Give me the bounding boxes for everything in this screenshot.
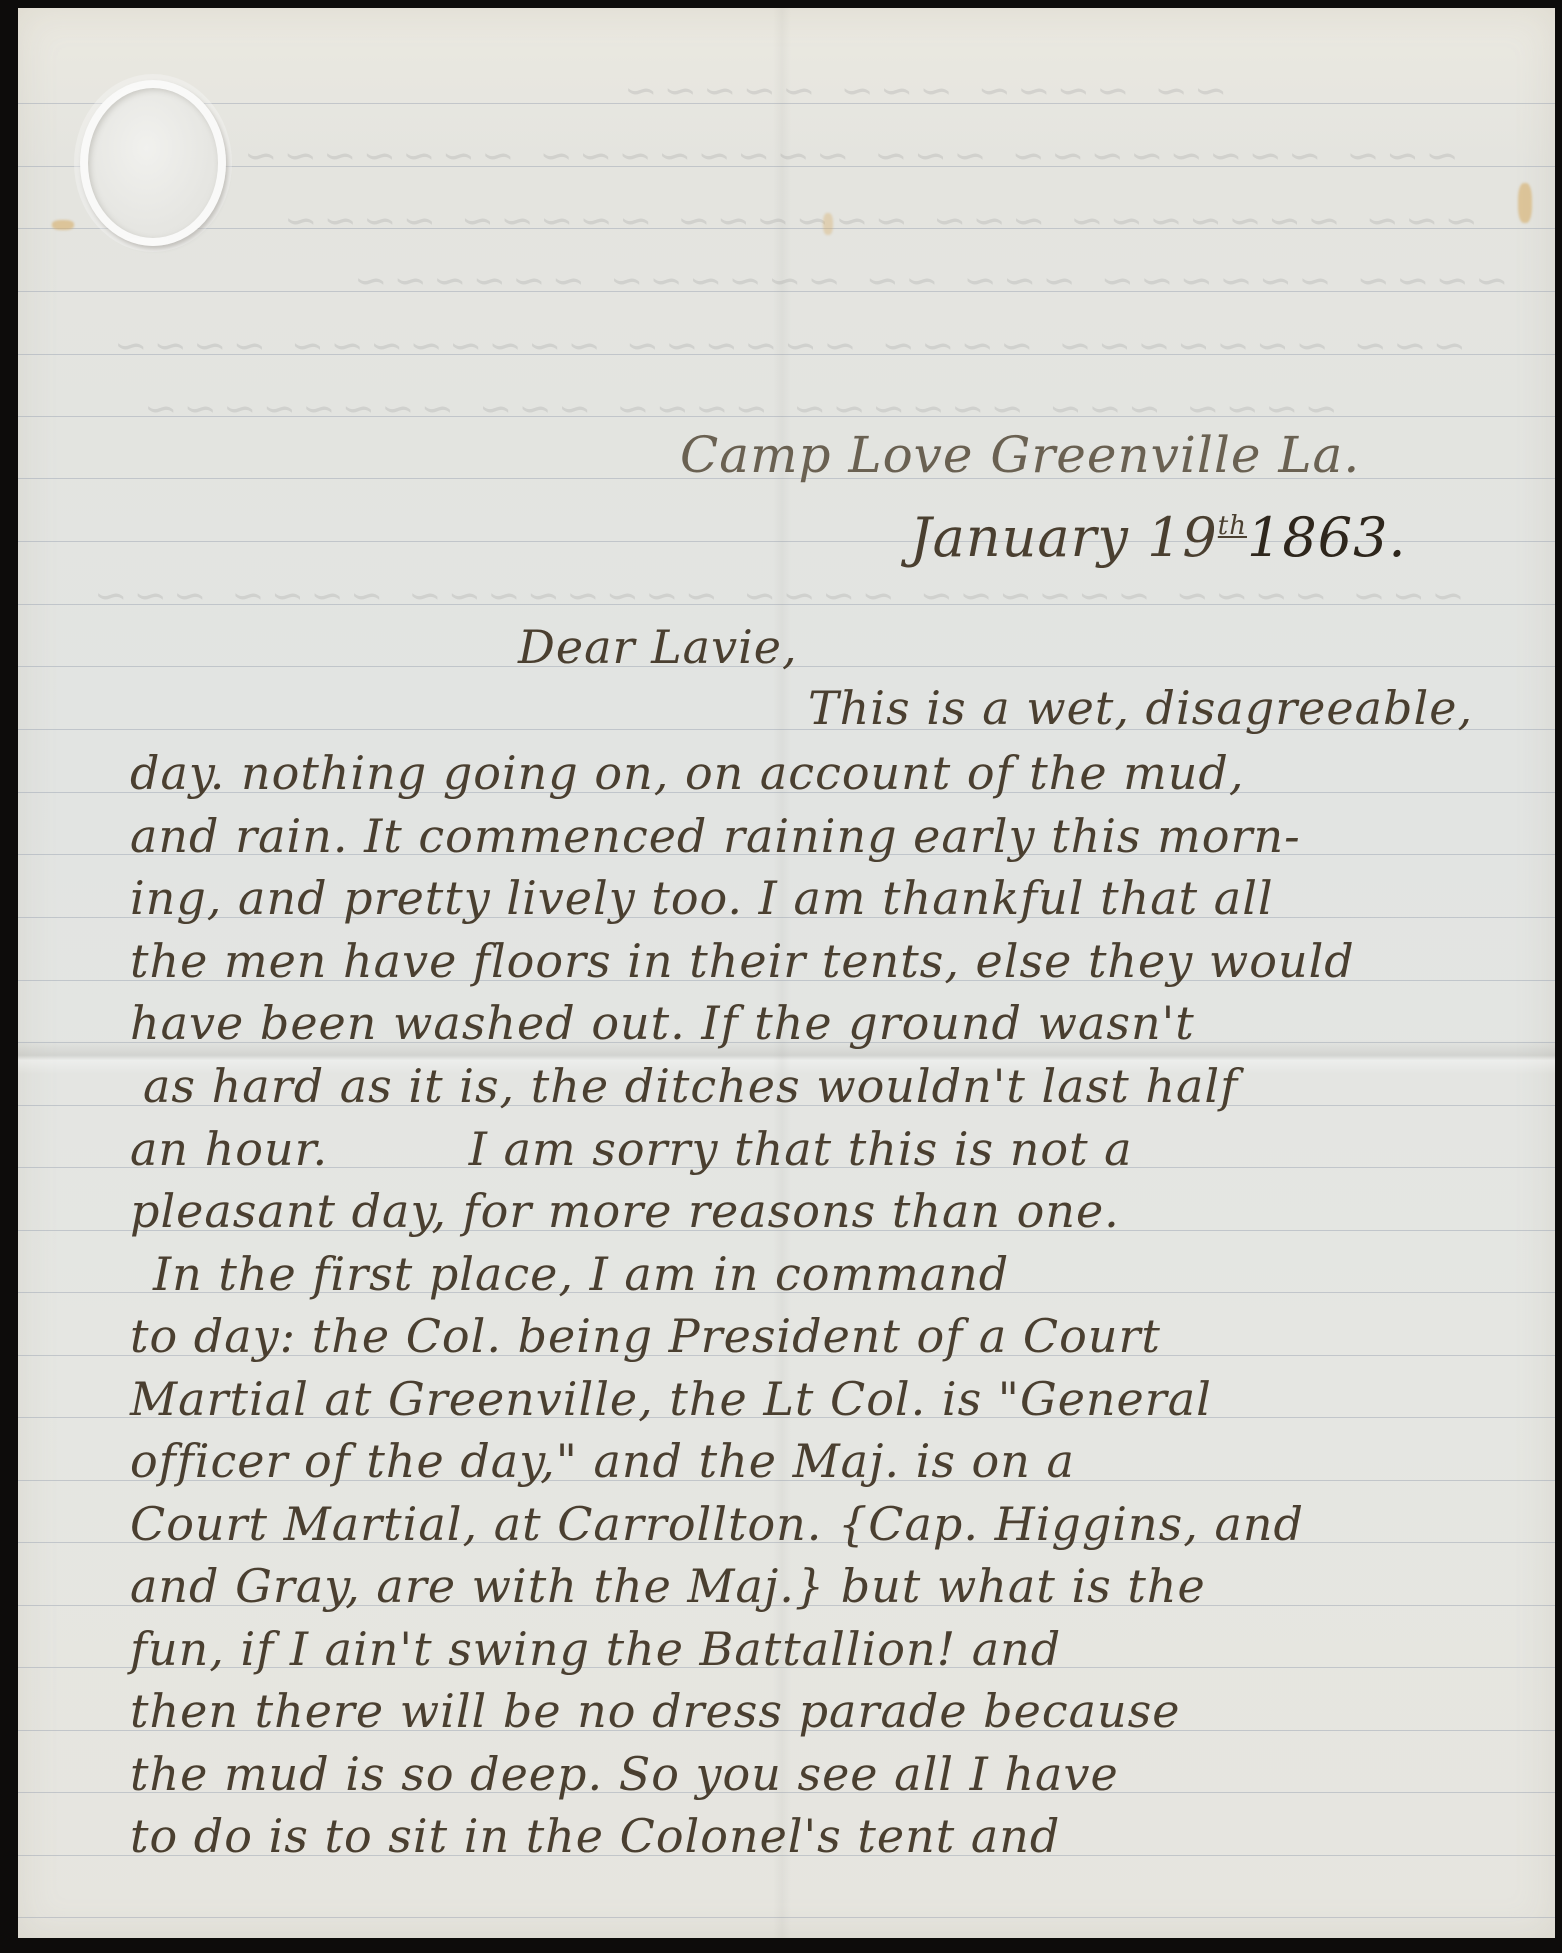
date-month-day: January 19 — [910, 506, 1218, 569]
letter-line: and Gray, are with the Maj.} but what is… — [130, 1563, 1206, 1609]
letter-place: Camp Love Greenville La. — [680, 430, 1360, 480]
letter-line: as hard as it is, the ditches wouldn't l… — [143, 1063, 1238, 1109]
date-suffix: th — [1218, 511, 1247, 541]
letter-page: ~~ ~~~~ ~~~ ~~~~~ ~~~ ~~~~~~~~ ~~~ ~~~~~… — [18, 8, 1555, 1938]
letter-line: then there will be no dress parade becau… — [130, 1688, 1181, 1734]
show-through-text: ~~~ ~~~~~~~ ~~~ ~~~~~~ ~~~~~ ~~~~ — [278, 198, 1478, 244]
letter-line: day. nothing going on, on account of the… — [130, 750, 1245, 796]
letter-line: and rain. It commenced raining early thi… — [130, 813, 1301, 859]
letter-line: to do is to sit in the Colonel's tent an… — [130, 1813, 1060, 1859]
foxing-stain — [52, 220, 74, 230]
letter-line: ing, and pretty lively too. I am thankfu… — [130, 875, 1274, 921]
letter-line: officer of the day," and the Maj. is on … — [130, 1438, 1075, 1484]
foxing-stain — [823, 213, 833, 235]
letter-line: Martial at Greenville, the Lt Col. is "G… — [130, 1376, 1212, 1422]
salutation: Dear Lavie, — [518, 624, 798, 670]
letter-line: Court Martial, at Carrollton. {Cap. Higg… — [130, 1501, 1304, 1547]
letter-line: pleasant day, for more reasons than one. — [130, 1188, 1120, 1234]
show-through-text: ~~~ ~~~~~~~~ ~~~ ~~~~~~~~ ~~~~~~~ — [238, 133, 1459, 179]
letter-line: the mud is so deep. So you see all I hav… — [130, 1751, 1119, 1797]
letter-line: the men have floors in their tents, else… — [130, 938, 1355, 984]
date-year: 1863. — [1247, 506, 1407, 569]
show-through-text: ~~ ~~~~ ~~~ ~~~~~ — [618, 68, 1227, 114]
show-through-text: ~~~~ ~~~~~~ ~~~ ~~ ~~~~~~ ~~~~~~ — [348, 258, 1509, 304]
letter-line: an hour. I am sorry that this is not a — [130, 1126, 1133, 1172]
letter-line: In the first place, I am in command — [153, 1251, 1009, 1297]
letter-date: January 19th1863. — [910, 511, 1407, 565]
letter-line: to day: the Col. being President of a Co… — [130, 1313, 1161, 1359]
letter-line: This is a wet, disagreeable, — [808, 685, 1473, 731]
foxing-stain — [1518, 183, 1532, 223]
embossed-seal-icon — [80, 80, 226, 246]
letter-line: have been washed out. If the ground wasn… — [130, 1000, 1195, 1046]
letter-line: fun, if I ain't swing the Battallion! an… — [130, 1626, 1061, 1672]
